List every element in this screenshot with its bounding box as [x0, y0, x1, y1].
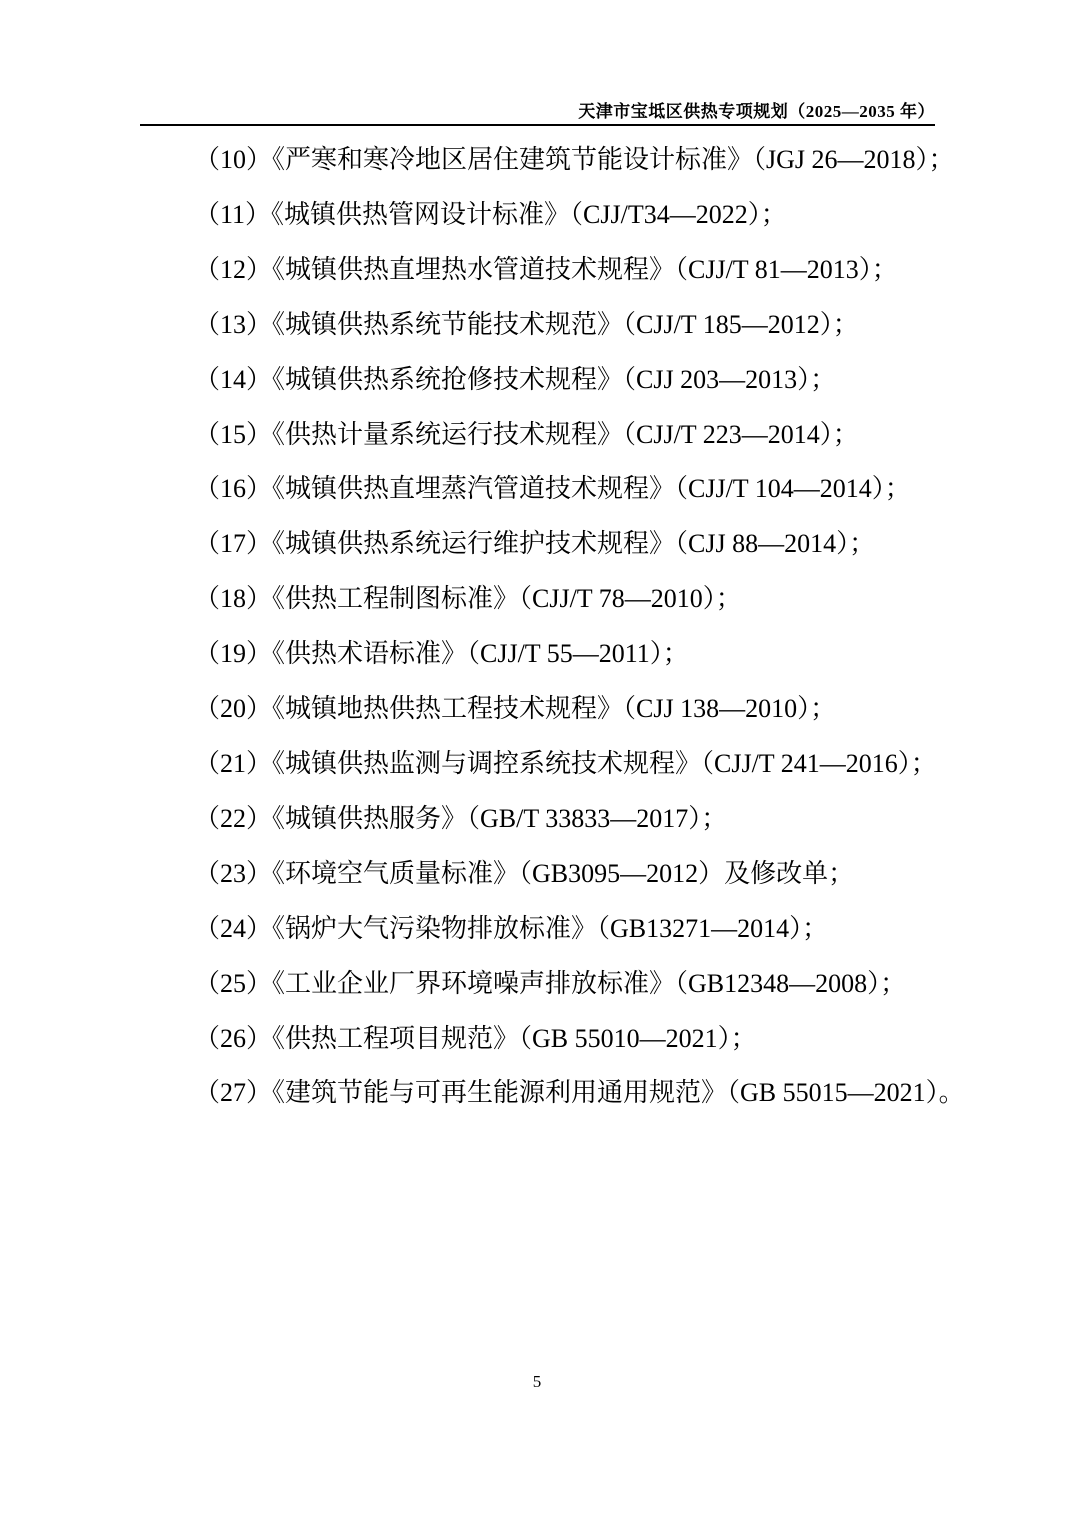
standard-reference-item: （15）《供热计量系统运行技术规程》（CJJ/T 223—2014）；: [140, 408, 945, 463]
standard-reference-item: （12）《城镇供热直埋热水管道技术规程》（CJJ/T 81—2013）；: [140, 243, 945, 298]
standard-reference-item: （25）《工业企业厂界环境噪声排放标准》（GB12348—2008）；: [140, 957, 945, 1012]
standard-reference-item: （16）《城镇供热直埋蒸汽管道技术规程》（CJJ/T 104—2014）；: [140, 462, 945, 517]
page-number: 5: [533, 1372, 542, 1391]
page-header: 天津市宝坻区供热专项规划（2025—2035 年）: [140, 97, 935, 122]
standard-reference-item: （11）《城镇供热管网设计标准》（CJJ/T34—2022）；: [140, 188, 945, 243]
standard-reference-item: （27）《建筑节能与可再生能源利用通用规范》（GB 55015—2021）。: [140, 1066, 945, 1121]
standard-reference-item: （23）《环境空气质量标准》（GB3095—2012）及修改单；: [140, 847, 945, 902]
standard-reference-item: （21）《城镇供热监测与调控系统技术规程》（CJJ/T 241—2016）；: [140, 737, 945, 792]
standard-reference-item: （26）《供热工程项目规范》（GB 55010—2021）；: [140, 1012, 945, 1067]
standard-reference-item: （20）《城镇地热供热工程技术规程》（CJJ 138—2010）；: [140, 682, 945, 737]
standard-reference-item: （13）《城镇供热系统节能技术规范》（CJJ/T 185—2012）；: [140, 298, 945, 353]
standard-reference-item: （22）《城镇供热服务》（GB/T 33833—2017）；: [140, 792, 945, 847]
standard-reference-item: （14）《城镇供热系统抢修技术规程》（CJJ 203—2013）；: [140, 353, 945, 408]
document-page: 天津市宝坻区供热专项规划（2025—2035 年） （10）《严寒和寒冷地区居住…: [0, 0, 1074, 1520]
standard-reference-item: （24）《锅炉大气污染物排放标准》（GB13271—2014）；: [140, 902, 945, 957]
standard-reference-item: （17）《城镇供热系统运行维护技术规程》（CJJ 88—2014）；: [140, 517, 945, 572]
standard-reference-item: （18）《供热工程制图标准》（CJJ/T 78—2010）；: [140, 572, 945, 627]
header-title: 天津市宝坻区供热专项规划（2025—2035 年）: [578, 102, 935, 121]
header-divider: [140, 124, 935, 126]
standard-reference-item: （19）《供热术语标准》（CJJ/T 55—2011）；: [140, 627, 945, 682]
page-footer: 5: [0, 1372, 1074, 1392]
standard-reference-item: （10）《严寒和寒冷地区居住建筑节能设计标准》（JGJ 26—2018）；: [140, 133, 945, 188]
standards-reference-list: （10）《严寒和寒冷地区居住建筑节能设计标准》（JGJ 26—2018）； （1…: [140, 133, 945, 1121]
